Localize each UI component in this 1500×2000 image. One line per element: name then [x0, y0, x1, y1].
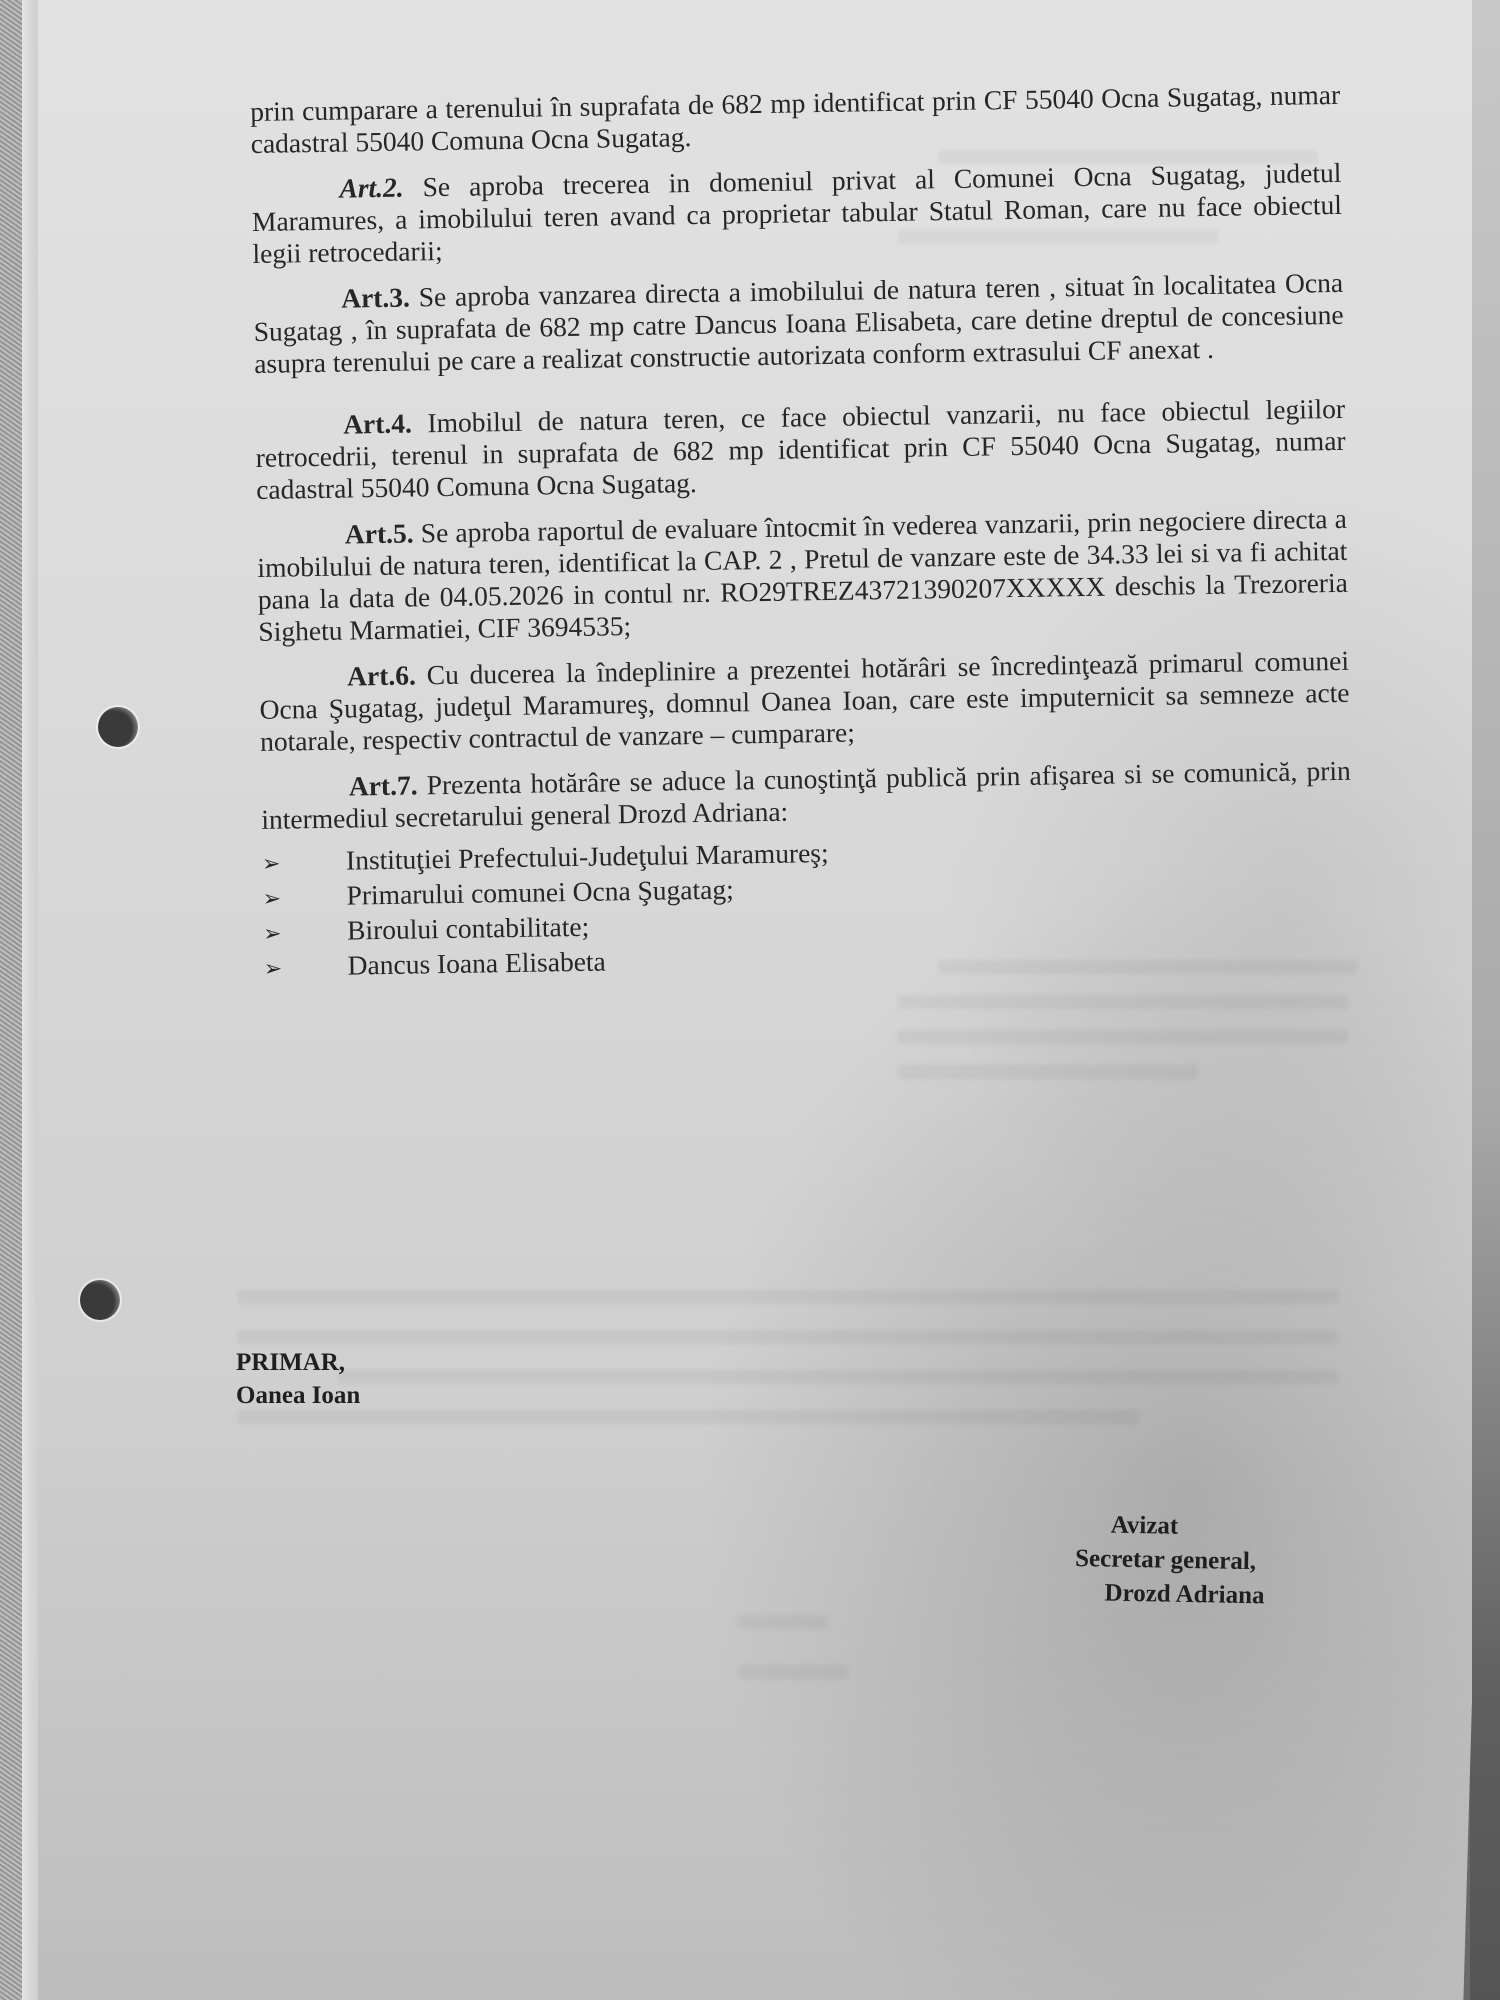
- arrow-bullet-icon: ➢: [262, 883, 346, 916]
- mayor-title: PRIMAR,: [236, 1346, 360, 1379]
- article-3: Art.3. Se aproba vanzarea directa a imob…: [253, 267, 1344, 380]
- article-text: Se aproba vanzarea directa a imobilului …: [253, 267, 1343, 379]
- background-surface: [0, 0, 22, 2000]
- article-5: Art.5. Se aproba raportul de evaluare în…: [257, 503, 1349, 648]
- arrow-bullet-icon: ➢: [263, 953, 347, 986]
- article-label: Art.6.: [347, 659, 416, 691]
- bleed-through-mark: [898, 1065, 1198, 1079]
- punch-hole: [98, 707, 138, 747]
- approval-status: Avizat: [1075, 1508, 1266, 1545]
- article-text: Cu ducerea la îndeplinire a prezentei ho…: [259, 645, 1349, 757]
- bleed-through-mark: [898, 995, 1348, 1009]
- underlying-sheet-edge: [22, 0, 39, 2000]
- bleed-through-mark: [738, 1665, 848, 1679]
- recipients-list: ➢ Instituţiei Prefectului-Judeţului Mara…: [262, 829, 1354, 986]
- recipient-text: Dancus Ioana Elisabeta: [347, 946, 606, 982]
- article-label: Art.5.: [345, 517, 414, 549]
- article-label: Art.3.: [341, 282, 410, 314]
- recipient-text: Primarului comunei Ocna Şugatag;: [346, 874, 734, 912]
- arrow-bullet-icon: ➢: [262, 848, 346, 881]
- bleed-through-mark: [898, 1030, 1348, 1044]
- punch-hole: [80, 1280, 120, 1320]
- secretary-title: Secretar general,: [1075, 1542, 1266, 1579]
- article-6: Art.6. Cu ducerea la îndeplinire a preze…: [259, 645, 1350, 758]
- article-label: Art.7.: [349, 769, 418, 801]
- secretary-name: Drozd Adriana: [1074, 1576, 1265, 1613]
- mayor-name: Oanea Ioan: [236, 1379, 360, 1412]
- article-text: Prezenta hotărâre se aduce la cunoştinţă…: [261, 755, 1351, 835]
- secretary-signature-block: Avizat Secretar general, Drozd Adriana: [1074, 1508, 1266, 1613]
- photo-scene: prin cumparare a terenului în suprafata …: [0, 0, 1500, 2000]
- article-text: Se aproba raportul de evaluare întocmit …: [257, 503, 1348, 647]
- bleed-through-mark: [738, 1615, 828, 1629]
- article-2: Art.2. Se aproba trecerea in domeniul pr…: [251, 157, 1342, 270]
- bleed-through-mark: [238, 1330, 1338, 1344]
- article-text: Imobilul de natura teren, ce face obiect…: [255, 393, 1345, 505]
- bleed-through-mark: [338, 1370, 1338, 1384]
- article-7: Art.7. Prezenta hotărâre se aduce la cun…: [261, 755, 1352, 836]
- article-label: Art.4.: [343, 407, 412, 439]
- background-shadow: [1470, 0, 1500, 2000]
- bleed-through-mark: [238, 1290, 1338, 1304]
- recipient-text: Instituţiei Prefectului-Judeţului Maramu…: [346, 837, 829, 877]
- article-4: Art.4. Imobilul de natura teren, ce face…: [255, 393, 1346, 506]
- recipient-text: Biroului contabilitate;: [347, 911, 590, 947]
- article-label: Art.2.: [339, 172, 404, 204]
- mayor-signature-block: PRIMAR, Oanea Ioan: [236, 1346, 360, 1412]
- arrow-bullet-icon: ➢: [263, 918, 347, 951]
- document-body: prin cumparare a terenului în suprafata …: [250, 79, 1354, 986]
- bleed-through-mark: [238, 1410, 1138, 1424]
- article-text: Se aproba trecerea in domeniul privat al…: [252, 157, 1342, 269]
